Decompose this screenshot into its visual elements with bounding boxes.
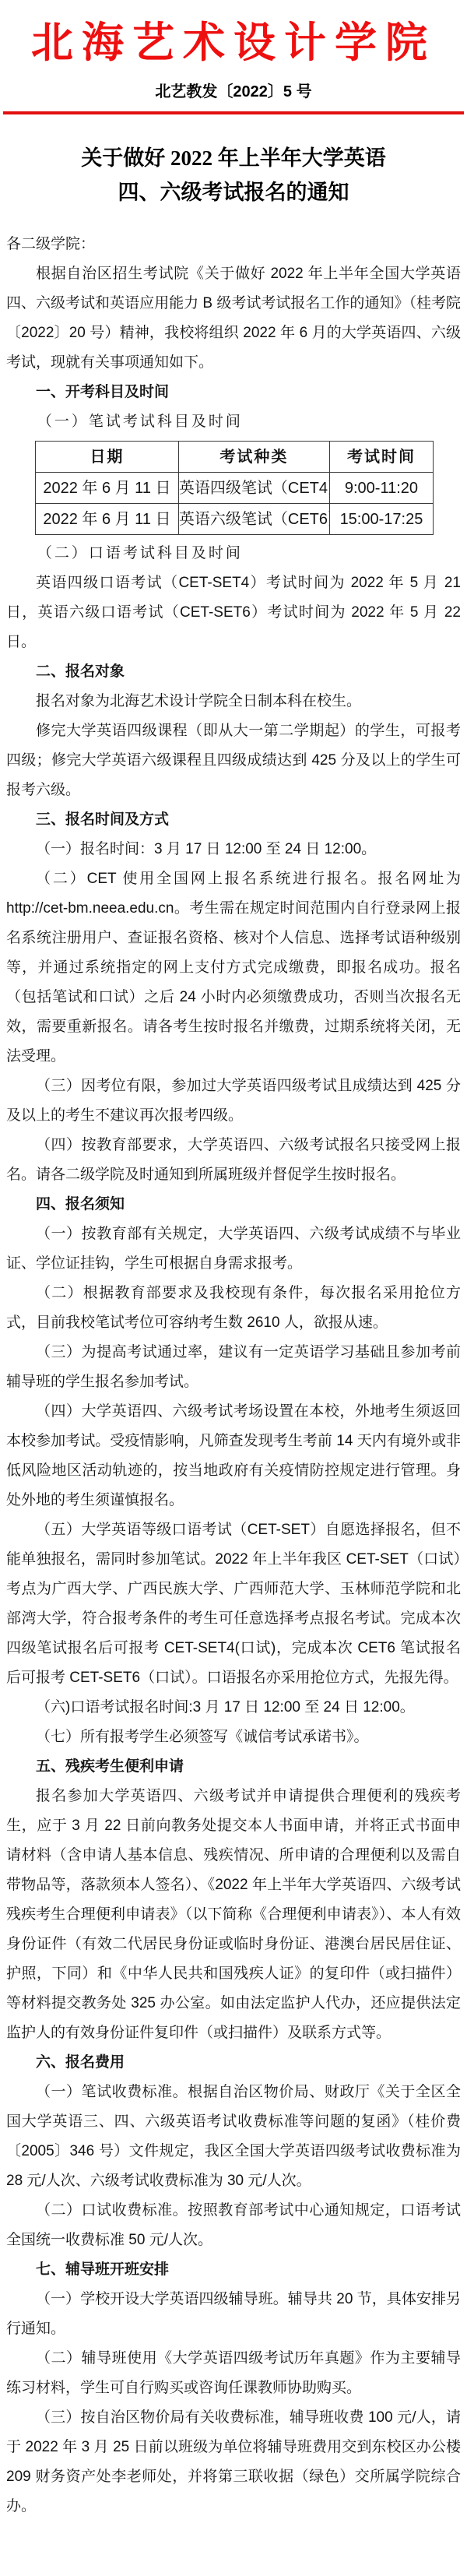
subsection-label: （二）口语考试科目及时间	[6, 539, 461, 568]
body-paragraph: （二）CET 使用全国网上报名系统进行报名。报名网址为 http://cet-b…	[6, 864, 461, 1072]
table-header-row: 日期考试种类考试时间	[36, 442, 434, 473]
sections-container: 一、开考科目及时间（一）笔试考试科目及时间日期考试种类考试时间2022 年 6 …	[6, 378, 461, 2521]
body-paragraph: 英语四级口语考试（CET-SET4）考试时间为 2022 年 5 月 21 日，…	[6, 568, 461, 657]
body-paragraph: （五）大学英语等级口语考试（CET-SET）自愿选择报名，但不能单独报名，需同时…	[6, 1515, 461, 1693]
section-heading: 六、报名费用	[6, 2048, 461, 2078]
section-heading: 一、开考科目及时间	[6, 378, 461, 407]
body-paragraph: （一）学校开设大学英语四级辅导班。辅导共 20 节，具体安排另行通知。	[6, 2285, 461, 2344]
table-cell: 英语六级笔试（CET6）	[178, 504, 329, 535]
school-name-title: 北海艺术设计学院	[6, 16, 461, 70]
title-text-post: 年上半年大学英语	[212, 146, 386, 170]
subsection-label: （一）笔试考试科目及时间	[6, 407, 461, 437]
body-paragraph: 修完大学英语四级课程（即从大一第二学期起）的学生，可报考四级；修完大学英语六级课…	[6, 716, 461, 805]
table-header-cell: 考试时间	[329, 442, 433, 473]
written-exam-schedule-table: 日期考试种类考试时间2022 年 6 月 11 日英语四级笔试（CET4）9:0…	[35, 441, 434, 535]
section-heading: 五、残疾考生便利申请	[6, 1752, 461, 1782]
body-paragraph: （七）所有报考学生必须签写《诚信考试承诺书》。	[6, 1723, 461, 1752]
table-row: 2022 年 6 月 11 日英语六级笔试（CET6）15:00-17:25	[36, 504, 434, 535]
body-paragraph: 报名对象为北海艺术设计学院全日制本科在校生。	[6, 687, 461, 716]
section-heading: 三、报名时间及方式	[6, 805, 461, 835]
body-paragraph: （一）按教育部有关规定，大学英语四、六级考试成绩不与毕业证、学位证挂钩，学生可根…	[6, 1219, 461, 1279]
table-cell: 2022 年 6 月 11 日	[36, 473, 179, 504]
document-number: 北艺教发〔2022〕5 号	[6, 83, 461, 101]
body-paragraph: （一）报名时间：3 月 17 日 12:00 至 24 日 12:00。	[6, 835, 461, 864]
table-row: 2022 年 6 月 11 日英语四级笔试（CET4）9:00-11:20	[36, 473, 434, 504]
table-cell: 英语四级笔试（CET4）	[178, 473, 329, 504]
body-paragraph: （二）口试收费标准。按照教育部考试中心通知规定，口语考试全国统一收费标准 50 …	[6, 2196, 461, 2255]
table-header-cell: 日期	[36, 442, 179, 473]
table-header-cell: 考试种类	[178, 442, 329, 473]
section-heading: 四、报名须知	[6, 1190, 461, 1219]
notice-title-line1: 关于做好 2022 年上半年大学英语	[6, 141, 461, 175]
body-paragraph: （四）按教育部要求，大学英语四、六级考试报名只接受网上报名。请各二级学院及时通知…	[6, 1131, 461, 1190]
title-text-pre: 关于做好	[81, 146, 170, 170]
table-cell: 2022 年 6 月 11 日	[36, 504, 179, 535]
title-year: 2022	[170, 146, 212, 170]
table-cell: 9:00-11:20	[329, 473, 433, 504]
body-paragraph: （二）辅导班使用《大学英语四级考试历年真题》作为主要辅导练习材料，学生可自行购买…	[6, 2344, 461, 2403]
body-paragraph: （三）按自治区物价局有关收费标准，辅导班收费 100 元/人，请于 2022 年…	[6, 2403, 461, 2521]
section-heading: 二、报名对象	[6, 657, 461, 687]
body-paragraph: 报名参加大学英语四、六级考试并申请提供合理便利的残疾考生，应于 3 月 22 日…	[6, 1782, 461, 2048]
intro-paragraph: 根据自治区招生考试院《关于做好 2022 年上半年全国大学英语四、六级考试和英语…	[6, 259, 461, 378]
body-paragraph: （二）根据教育部要求及我校现有条件，每次报名采用抢位方式，目前我校笔试考位可容纳…	[6, 1279, 461, 1338]
table-cell: 15:00-17:25	[329, 504, 433, 535]
notice-document: 北海艺术设计学院 北艺教发〔2022〕5 号 关于做好 2022 年上半年大学英…	[0, 0, 467, 2576]
document-body: 各二级学院： 根据自治区招生考试院《关于做好 2022 年上半年全国大学英语四、…	[6, 230, 461, 2521]
body-paragraph: （三）因考位有限，参加过大学英语四级考试且成绩达到 425 分及以上的考生不建议…	[6, 1072, 461, 1131]
body-paragraph: （一）笔试收费标准。根据自治区物价局、财政厅《关于全区全国大学英语三、四、六级英…	[6, 2078, 461, 2196]
body-paragraph: （六)口语考试报名时间:3 月 17 日 12:00 至 24 日 12:00。	[6, 1693, 461, 1723]
body-paragraph: （四）大学英语四、六级考试考场设置在本校，外地考生须返回本校参加考试。受疫情影响…	[6, 1397, 461, 1515]
salutation: 各二级学院：	[6, 230, 461, 259]
notice-title-line2: 四、六级考试报名的通知	[6, 175, 461, 209]
body-paragraph: （三）为提高考试通过率，建议有一定英语学习基础且参加考前辅导班的学生报名参加考试…	[6, 1338, 461, 1397]
notice-title: 关于做好 2022 年上半年大学英语 四、六级考试报名的通知	[6, 141, 461, 209]
section-heading: 七、辅导班开班安排	[6, 2255, 461, 2285]
red-divider	[3, 111, 464, 114]
